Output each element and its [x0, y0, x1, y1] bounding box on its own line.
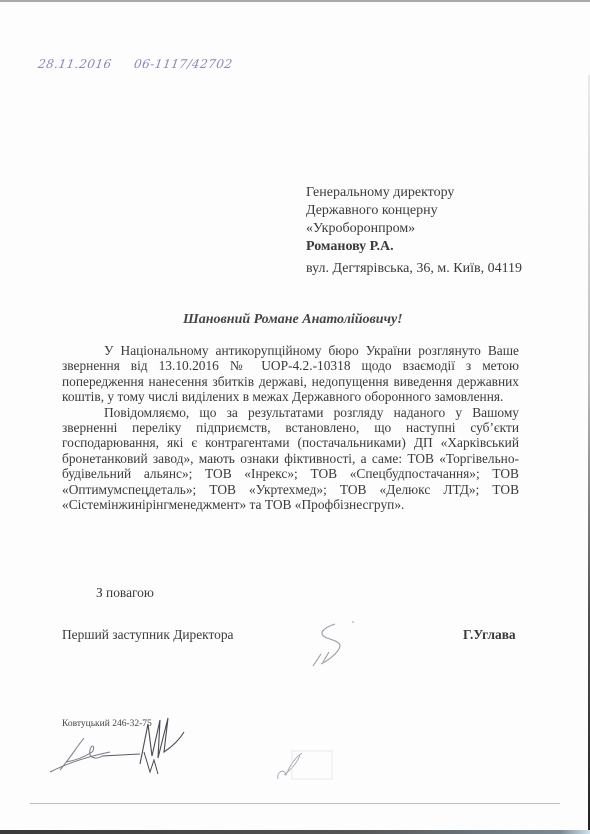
handwritten-number: 06-1117/42702 [133, 57, 234, 71]
scanned-letter-page: 28.11.2016 06-1117/42702 Генеральному ди… [0, 0, 590, 834]
addressee-address: вул. Дегтярівська, 36, м. Київ, 04119 [306, 261, 522, 277]
addressee-organization: Державного концерну [306, 202, 454, 220]
closing-phrase: З повагою [96, 585, 154, 601]
approval-signatures-icon [40, 712, 200, 782]
salutation: Шановний Романе Анатолійовичу! [183, 312, 403, 328]
director-signature-icon [305, 618, 365, 670]
registration-stamp-mark-icon [270, 745, 350, 785]
body-paragraph-1: У Національному антикорупційному бюро Ук… [62, 343, 519, 405]
scan-bottom-edge [0, 830, 590, 834]
handwritten-registration-note: 28.11.2016 06-1117/42702 [37, 57, 234, 71]
addressee-name: Романову Р.А. [306, 238, 454, 256]
addressee-position: Генеральному директору [306, 184, 454, 202]
signer-name: Г.Углава [463, 627, 516, 643]
addressee-organization-name: «Укроборонпром» [306, 220, 454, 238]
scan-divider-line [30, 803, 560, 804]
addressee-block: Генеральному директору Державного концер… [306, 184, 454, 256]
signer-title: Перший заступник Директора [62, 627, 233, 643]
handwritten-date: 28.11.2016 [37, 57, 113, 71]
body-paragraph-2: Повідомляємо, що за результатами розгляд… [62, 405, 519, 513]
scan-top-edge [0, 0, 590, 2]
letter-body: У Національному антикорупційному бюро Ук… [62, 343, 519, 512]
